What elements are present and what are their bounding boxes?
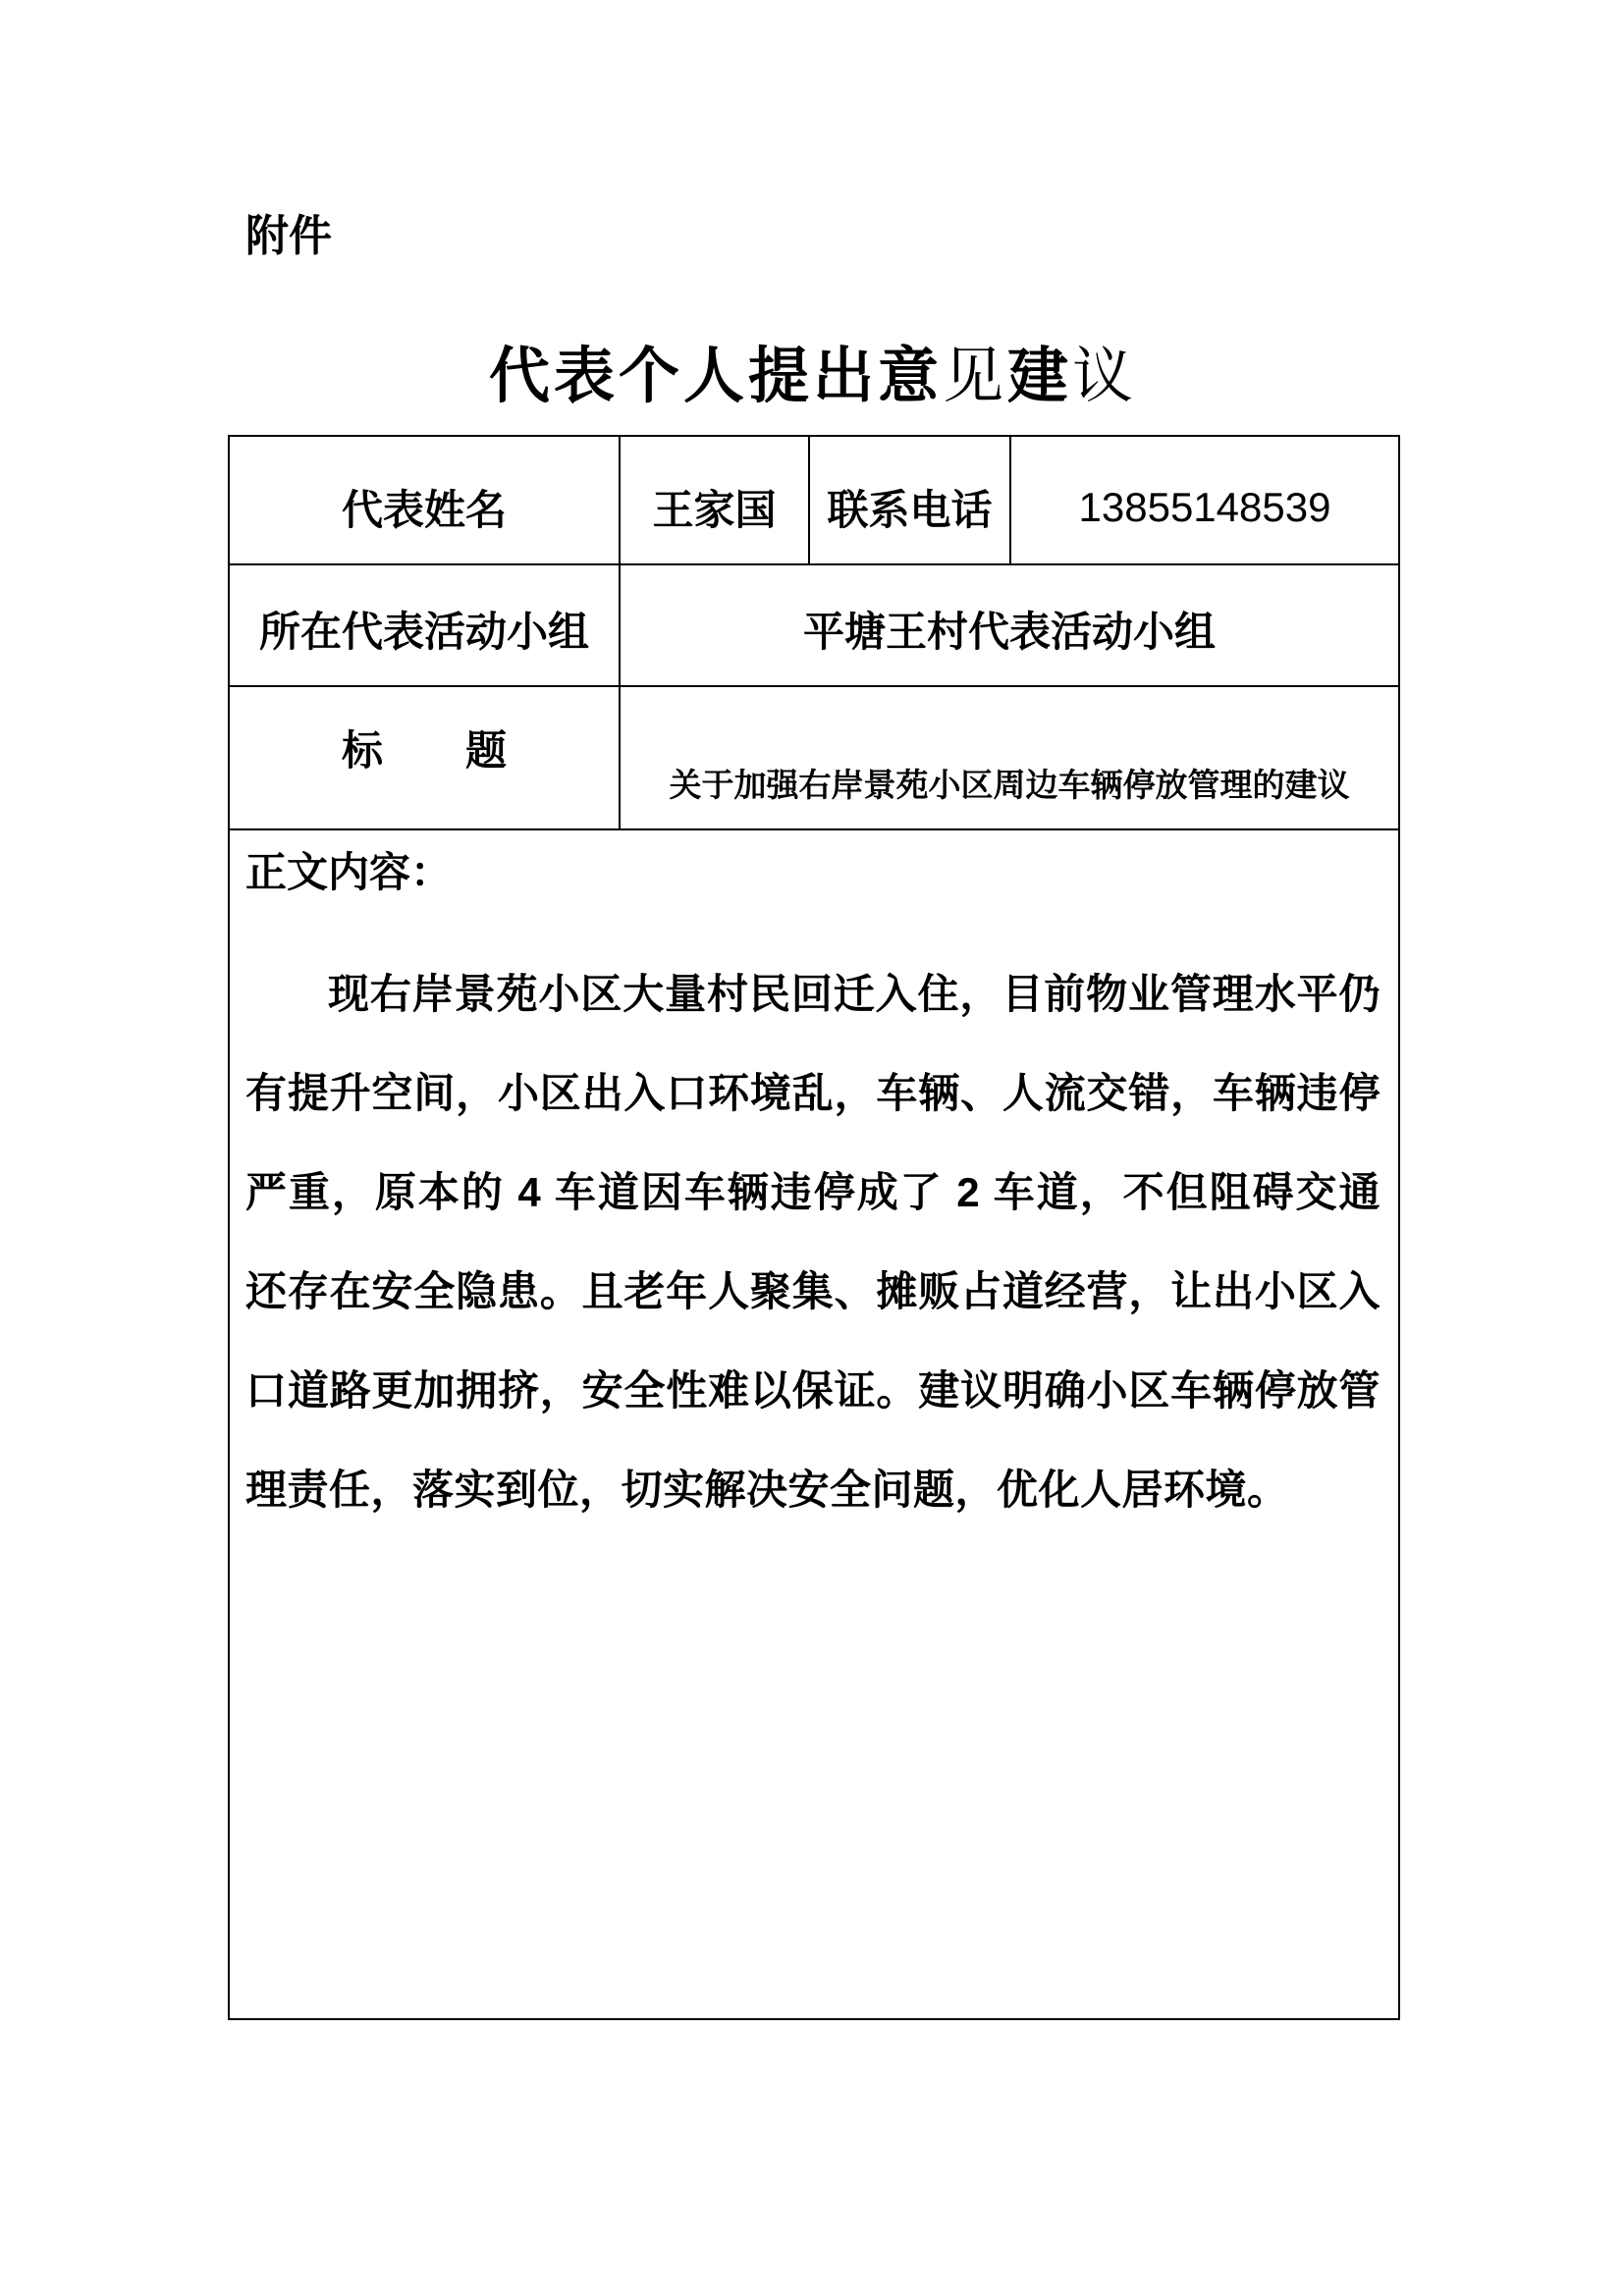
title-segment-regular-1: 见 [943, 343, 1007, 410]
suggestion-title-value: 关于加强右岸景苑小区周边车辆停放管理的建议 [620, 686, 1399, 829]
table-row-name-phone: 代表姓名 王家国 联系电话 13855148539 [229, 436, 1399, 564]
table-row-activity-group: 所在代表活动小组 平塘王村代表活动小组 [229, 564, 1399, 686]
content-cell: 正文内容： 现右岸景苑小区大量村民回迁入住，目前物业管理水平仍有提升空间，小区出… [229, 829, 1399, 2019]
table-row-title: 标 题 关于加强右岸景苑小区周边车辆停放管理的建议 [229, 686, 1399, 829]
title-segment-regular-2: 议 [1072, 343, 1137, 410]
representative-name-value: 王家国 [620, 436, 809, 564]
title-segment-bold-1: 代表个人提出意 [489, 343, 943, 410]
content-paragraph: 现右岸景苑小区大量村民回迁入住，目前物业管理水平仍有提升空间，小区出入口环境乱，… [245, 944, 1380, 1539]
suggestion-form-table: 代表姓名 王家国 联系电话 13855148539 所在代表活动小组 平塘王村代… [228, 435, 1400, 2020]
attachment-label: 附件 [245, 208, 332, 265]
activity-group-label: 所在代表活动小组 [229, 564, 620, 686]
title-segment-bold-2: 建 [1007, 343, 1072, 410]
document-page: 附件 代表个人提出意见建议 代表姓名 王家国 联系电话 13855148539 … [0, 0, 1624, 2296]
table-row-content: 正文内容： 现右岸景苑小区大量村民回迁入住，目前物业管理水平仍有提升空间，小区出… [229, 829, 1399, 2019]
document-title: 代表个人提出意见建议 [228, 338, 1398, 416]
suggestion-title-label: 标 题 [229, 686, 620, 829]
contact-phone-label: 联系电话 [809, 436, 1010, 564]
contact-phone-value: 13855148539 [1010, 436, 1399, 564]
content-section-label: 正文内容： [245, 846, 1380, 899]
activity-group-value: 平塘王村代表活动小组 [620, 564, 1399, 686]
representative-name-label: 代表姓名 [229, 436, 620, 564]
